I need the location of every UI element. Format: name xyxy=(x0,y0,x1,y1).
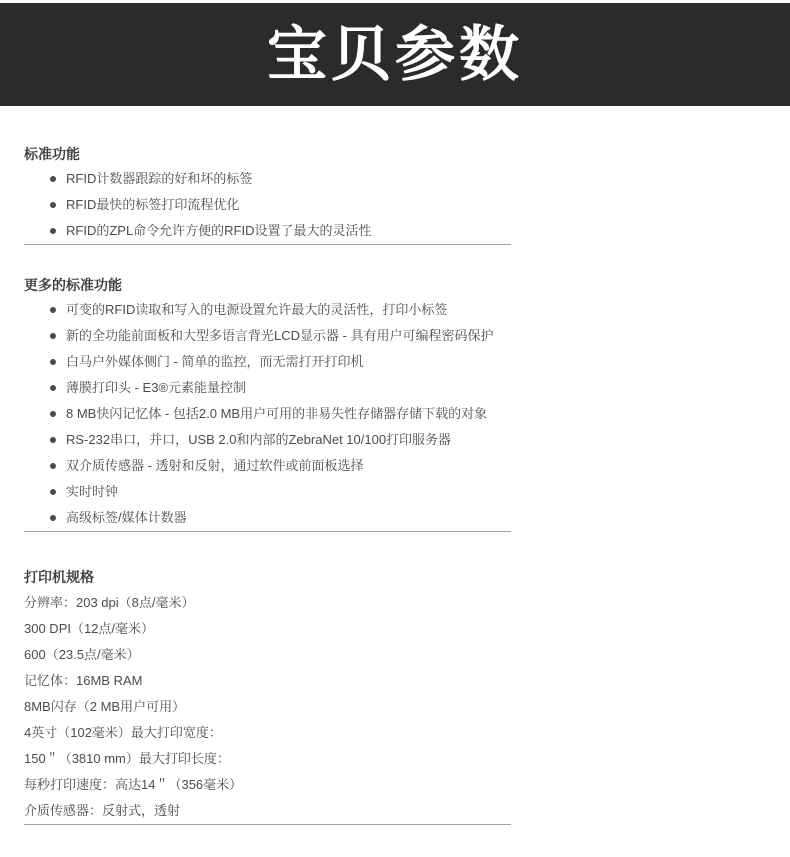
spec-lines: 分辨率：203 dpi（8点/毫米） 300 DPI（12点/毫米） 600（2… xyxy=(24,590,511,824)
list-item: 薄膜打印头 - E3®元素能量控制 xyxy=(24,375,511,401)
bullet-icon xyxy=(50,515,56,521)
section-printer-specs: 打印机规格 分辨率：203 dpi（8点/毫米） 300 DPI（12点/毫米）… xyxy=(24,570,511,825)
feature-list: 可变的RFID读取和写入的电源设置允许最大的灵活性，打印小标签 新的全功能前面板… xyxy=(24,297,511,531)
section-standard-features: 标准功能 RFID计数器跟踪的好和坏的标签 RFID最快的标签打印流程优化 RF… xyxy=(24,147,511,245)
spec-line: 300 DPI（12点/毫米） xyxy=(24,616,511,642)
bullet-icon xyxy=(50,333,56,339)
spec-line: 记忆体：16MB RAM xyxy=(24,668,511,694)
section-heading: 标准功能 xyxy=(24,147,511,161)
bullet-icon xyxy=(50,176,56,182)
list-item: 实时时钟 xyxy=(24,479,511,505)
bullet-icon xyxy=(50,202,56,208)
bullet-icon xyxy=(50,411,56,417)
page-title: 宝贝参数 xyxy=(267,25,523,85)
spec-line: 4英寸（102毫米）最大打印宽度： xyxy=(24,720,511,746)
list-item-text: 可变的RFID读取和写入的电源设置允许最大的灵活性，打印小标签 xyxy=(66,302,447,317)
list-item-text: 新的全功能前面板和大型多语言背光LCD显示器 - 具有用户可编程密码保护 xyxy=(66,328,494,343)
list-item-text: RS-232串口，并口，USB 2.0和内部的ZebraNet 10/100打印… xyxy=(66,432,451,447)
section-divider xyxy=(24,244,511,245)
list-item: 新的全功能前面板和大型多语言背光LCD显示器 - 具有用户可编程密码保护 xyxy=(24,323,511,349)
header-banner: 宝贝参数 xyxy=(0,3,790,106)
bullet-icon xyxy=(50,385,56,391)
list-item: 白马户外媒体侧门 - 简单的监控，而无需打开打印机 xyxy=(24,349,511,375)
spec-line: 8MB闪存（2 MB用户可用） xyxy=(24,694,511,720)
content-area: 标准功能 RFID计数器跟踪的好和坏的标签 RFID最快的标签打印流程优化 RF… xyxy=(24,147,511,825)
bullet-icon xyxy=(50,307,56,313)
bullet-icon xyxy=(50,437,56,443)
section-heading: 打印机规格 xyxy=(24,570,511,584)
spec-line: 分辨率：203 dpi（8点/毫米） xyxy=(24,590,511,616)
list-item-text: 实时时钟 xyxy=(66,484,118,499)
spec-line: 150＂（3810 mm）最大打印长度： xyxy=(24,746,511,772)
section-divider xyxy=(24,531,511,532)
list-item: RFID的ZPL命令允许方便的RFID设置了最大的灵活性 xyxy=(24,218,511,244)
list-item: RFID最快的标签打印流程优化 xyxy=(24,192,511,218)
feature-list: RFID计数器跟踪的好和坏的标签 RFID最快的标签打印流程优化 RFID的ZP… xyxy=(24,166,511,244)
section-divider xyxy=(24,824,511,825)
bullet-icon xyxy=(50,463,56,469)
list-item: 可变的RFID读取和写入的电源设置允许最大的灵活性，打印小标签 xyxy=(24,297,511,323)
list-item: RFID计数器跟踪的好和坏的标签 xyxy=(24,166,511,192)
list-item-text: RFID计数器跟踪的好和坏的标签 xyxy=(66,171,252,186)
bullet-icon xyxy=(50,489,56,495)
list-item-text: 薄膜打印头 - E3®元素能量控制 xyxy=(66,380,246,395)
list-item-text: 高级标签/媒体计数器 xyxy=(66,510,187,525)
list-item-text: 双介质传感器 - 透射和反射，通过软件或前面板选择 xyxy=(66,458,364,473)
list-item: 8 MB快闪记忆体 - 包括2.0 MB用户可用的非易失性存储器存储下载的对象 xyxy=(24,401,511,427)
bullet-icon xyxy=(50,228,56,234)
bullet-icon xyxy=(50,359,56,365)
list-item-text: 白马户外媒体侧门 - 简单的监控，而无需打开打印机 xyxy=(66,354,364,369)
list-item-text: RFID的ZPL命令允许方便的RFID设置了最大的灵活性 xyxy=(66,223,372,238)
list-item: 双介质传感器 - 透射和反射，通过软件或前面板选择 xyxy=(24,453,511,479)
section-heading: 更多的标准功能 xyxy=(24,278,511,292)
spec-line: 600（23.5点/毫米） xyxy=(24,642,511,668)
section-more-standard-features: 更多的标准功能 可变的RFID读取和写入的电源设置允许最大的灵活性，打印小标签 … xyxy=(24,278,511,532)
list-item: 高级标签/媒体计数器 xyxy=(24,505,511,531)
list-item-text: 8 MB快闪记忆体 - 包括2.0 MB用户可用的非易失性存储器存储下载的对象 xyxy=(66,406,487,421)
spec-line: 介质传感器：反射式，透射 xyxy=(24,798,511,824)
list-item-text: RFID最快的标签打印流程优化 xyxy=(66,197,239,212)
list-item: RS-232串口，并口，USB 2.0和内部的ZebraNet 10/100打印… xyxy=(24,427,511,453)
spec-line: 每秒打印速度：高达14＂（356毫米） xyxy=(24,772,511,798)
